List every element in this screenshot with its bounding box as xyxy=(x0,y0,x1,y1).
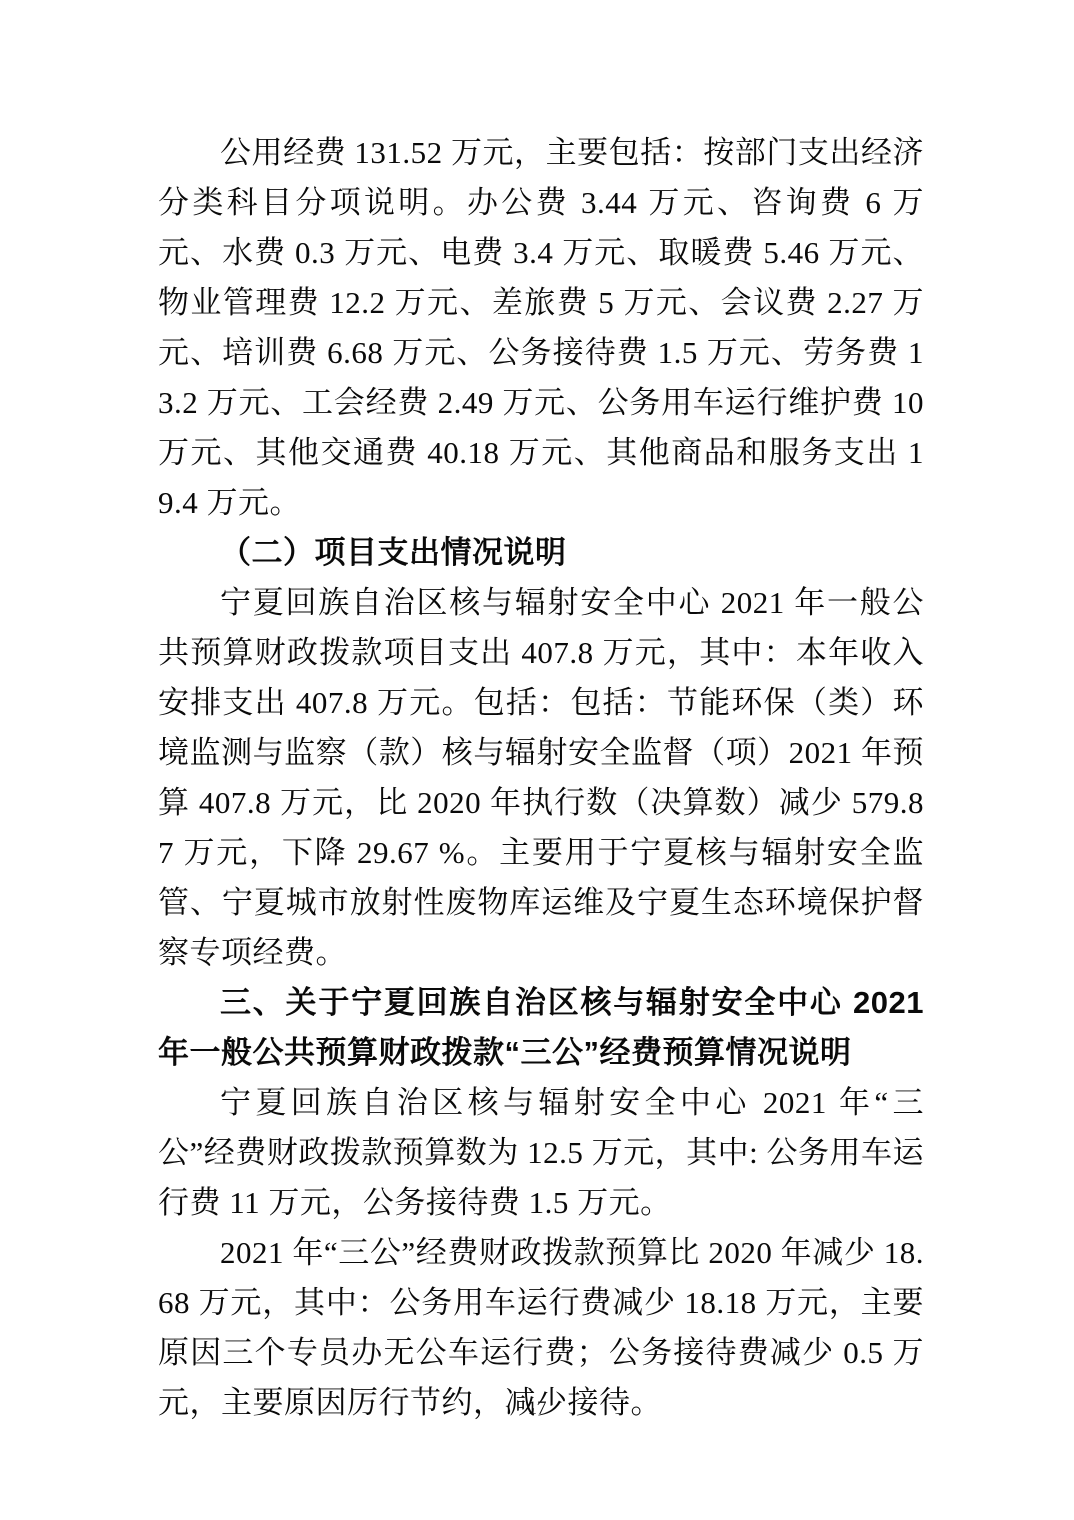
heading-project-expenditure: （二）项目支出情况说明 xyxy=(158,528,924,578)
paragraph-project-expenditure-detail: 宁夏回族自治区核与辐射安全中心 2021 年一般公共预算财政拨款项目支出 407… xyxy=(158,578,924,978)
paragraph-three-public-budget: 宁夏回族自治区核与辐射安全中心 2021 年“三公”经费财政拨款预算数为 12.… xyxy=(158,1078,924,1228)
heading-three-public-expenses: 三、关于宁夏回族自治区核与辐射安全中心 2021 年一般公共预算财政拨款“三公”… xyxy=(158,978,924,1078)
document-content: 公用经费 131.52 万元，主要包括：按部门支出经济分类科目分项说明。办公费 … xyxy=(158,128,924,1428)
page-footer: 17 xyxy=(0,1398,1074,1420)
document-page: 公用经费 131.52 万元，主要包括：按部门支出经济分类科目分项说明。办公费 … xyxy=(0,0,1074,1520)
paragraph-public-funds-breakdown: 公用经费 131.52 万元，主要包括：按部门支出经济分类科目分项说明。办公费 … xyxy=(158,128,924,528)
page-number: 17 xyxy=(528,1398,547,1419)
